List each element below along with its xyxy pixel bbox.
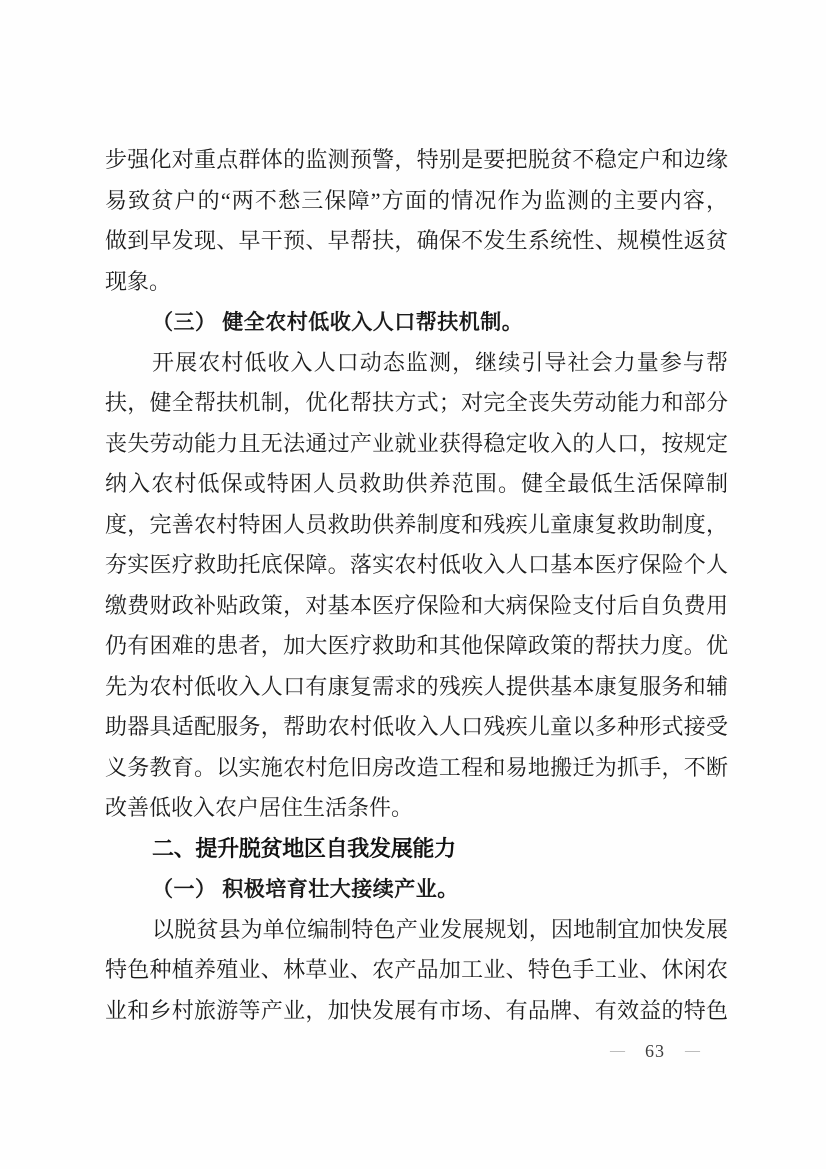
text-line-22: 业和乡村旅游等产业，加快发展有市场、有品牌、有效益的特色 — [105, 991, 728, 1032]
text-line-1: 步强化对重点群体的监测预警，特别是要把脱贫不稳定户和边缘 — [105, 140, 728, 181]
footer-dash-left: — — [610, 1042, 625, 1060]
text-line-7: 扶，健全帮扶机制，优化帮扶方式；对完全丧失劳动能力和部分 — [105, 383, 728, 424]
text-line-5: （三） 健全农村低收入人口帮扶机制。 — [105, 302, 728, 343]
text-line-11: 夯实医疗救助托底保障。落实农村低收入人口基本医疗保险个人 — [105, 545, 728, 586]
text-line-17: 改善低收入农户居住生活条件。 — [105, 788, 728, 829]
footer-dash-right: — — [685, 1042, 700, 1060]
page-footer: — 63 — — [610, 1040, 700, 1062]
text-line-8: 丧失劳动能力且无法通过产业就业获得稳定收入的人口，按规定 — [105, 424, 728, 465]
document-body: 步强化对重点群体的监测预警，特别是要把脱贫不稳定户和边缘易致贫户的“两不愁三保障… — [105, 140, 728, 1031]
text-line-21: 特色种植养殖业、林草业、农产品加工业、特色手工业、休闲农 — [105, 950, 728, 991]
text-line-16: 义务教育。以实施农村危旧房改造工程和易地搬迁为抓手，不断 — [105, 748, 728, 789]
text-line-12: 缴费财政补贴政策，对基本医疗保险和大病保险支付后自负费用 — [105, 586, 728, 627]
text-line-9: 纳入农村低保或特困人员救助供养范围。健全最低生活保障制 — [105, 464, 728, 505]
text-line-6: 开展农村低收入人口动态监测，继续引导社会力量参与帮 — [105, 343, 728, 384]
text-line-4: 现象。 — [105, 262, 728, 303]
text-line-15: 助器具适配服务，帮助农村低收入人口残疾儿童以多种形式接受 — [105, 707, 728, 748]
text-line-19: （一） 积极培育壮大接续产业。 — [105, 869, 728, 910]
text-line-20: 以脱贫县为单位编制特色产业发展规划，因地制宜加快发展 — [105, 910, 728, 951]
text-line-18: 二、提升脱贫地区自我发展能力 — [105, 829, 728, 870]
text-line-14: 先为农村低收入人口有康复需求的残疾人提供基本康复服务和辅 — [105, 667, 728, 708]
document-page: 步强化对重点群体的监测预警，特别是要把脱贫不稳定户和边缘易致贫户的“两不愁三保障… — [0, 0, 826, 1169]
text-line-2: 易致贫户的“两不愁三保障”方面的情况作为监测的主要内容， — [105, 181, 728, 222]
text-line-10: 度，完善农村特困人员救助供养制度和残疾儿童康复救助制度， — [105, 505, 728, 546]
text-line-13: 仍有困难的患者，加大医疗救助和其他保障政策的帮扶力度。优 — [105, 626, 728, 667]
text-line-3: 做到早发现、早干预、早帮扶，确保不发生系统性、规模性返贫 — [105, 221, 728, 262]
page-number: 63 — [645, 1040, 665, 1062]
